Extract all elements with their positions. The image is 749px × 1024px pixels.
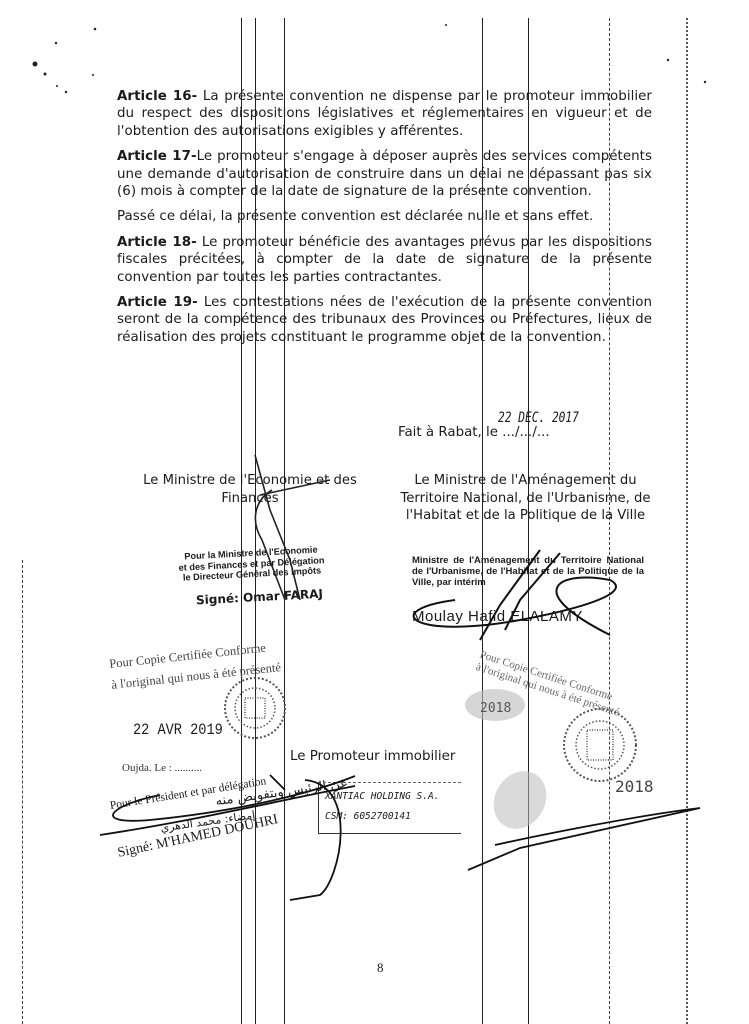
signature-douhri xyxy=(100,775,355,900)
seal-year: 2018 xyxy=(615,777,654,796)
signature-left xyxy=(255,455,330,600)
seal-year-2: 2018 xyxy=(480,701,511,716)
document-page: Article 16- La présente convention ne di… xyxy=(0,0,749,1024)
signatures-and-seals: 2018 2018 xyxy=(0,0,749,1024)
page-number: 8 xyxy=(377,960,384,976)
scan-speckles xyxy=(33,24,707,93)
seal-left xyxy=(225,678,285,738)
signature-right xyxy=(414,550,616,640)
